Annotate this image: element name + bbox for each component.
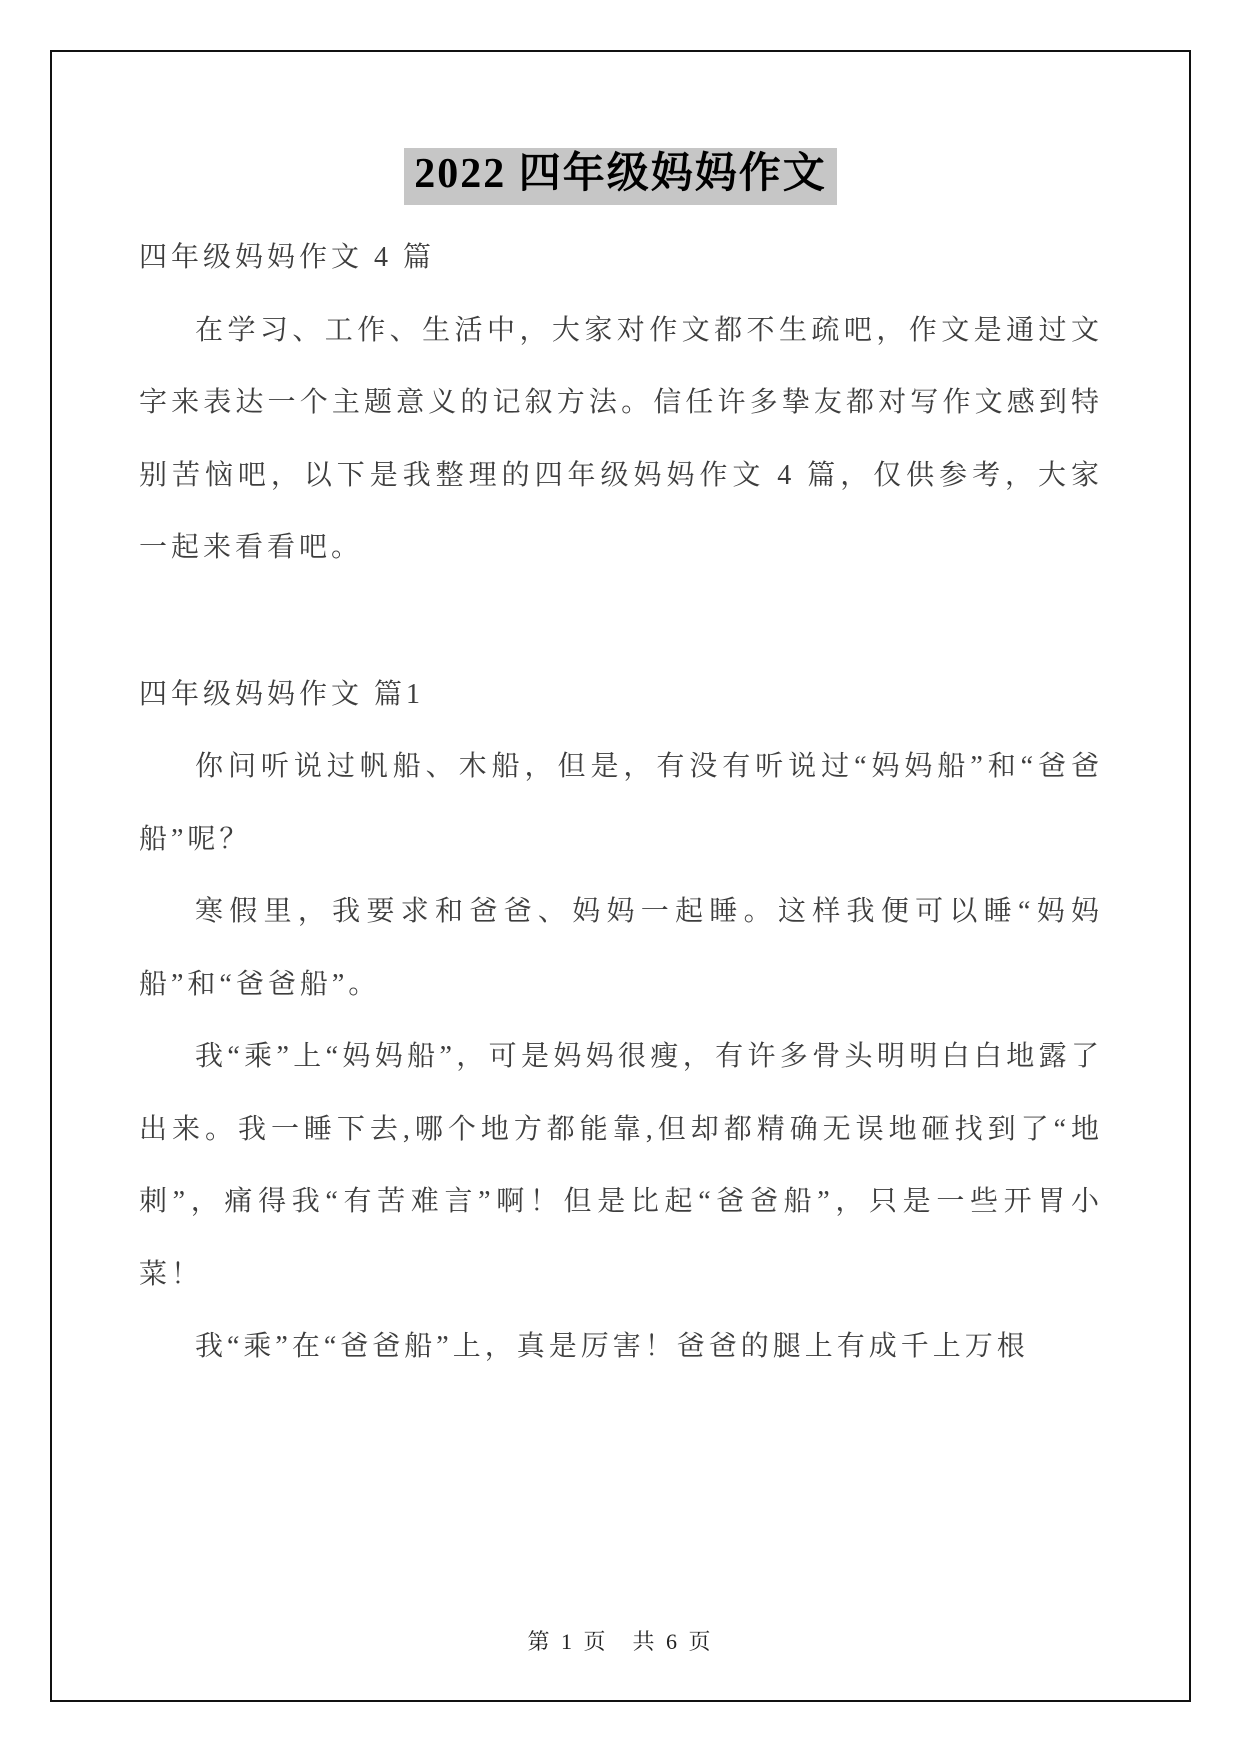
- footer-page-total: 共 6 页: [633, 1629, 714, 1654]
- paragraph: 我“乘”上“妈妈船”，可是妈妈很瘦，有许多骨头明明白白地露了出来。我一睡下去,哪…: [139, 1021, 1103, 1311]
- document-body: 四年级妈妈作文 4 篇在学习、工作、生活中，大家对作文都不生疏吧，作文是通过文字…: [52, 222, 1189, 1384]
- paragraph: 寒假里，我要求和爸爸、妈妈一起睡。这样我便可以睡“妈妈船”和“爸爸船”。: [139, 876, 1103, 1021]
- paragraph: 在学习、工作、生活中，大家对作文都不生疏吧，作文是通过文字来表达一个主题意义的记…: [139, 295, 1103, 585]
- paragraph: 四年级妈妈作文 篇1: [139, 659, 1103, 732]
- title-highlight: 2022 四年级妈妈作文: [404, 148, 837, 205]
- page-footer: 第 1 页共 6 页: [52, 1625, 1189, 1656]
- paragraph: 我“乘”在“爸爸船”上，真是厉害！爸爸的腿上有成千上万根: [139, 1311, 1103, 1384]
- document-canvas: { "page": { "background": "#ffffff", "bo…: [0, 0, 1241, 1754]
- footer-page-number: 第 1 页: [527, 1629, 608, 1654]
- document-title: 2022 四年级妈妈作文: [52, 144, 1189, 204]
- page-border-frame: 2022 四年级妈妈作文 四年级妈妈作文 4 篇在学习、工作、生活中，大家对作文…: [50, 50, 1191, 1702]
- paragraph: 你问听说过帆船、木船，但是，有没有听说过“妈妈船”和“爸爸船”呢？: [139, 731, 1103, 876]
- paragraph: 四年级妈妈作文 4 篇: [139, 222, 1103, 295]
